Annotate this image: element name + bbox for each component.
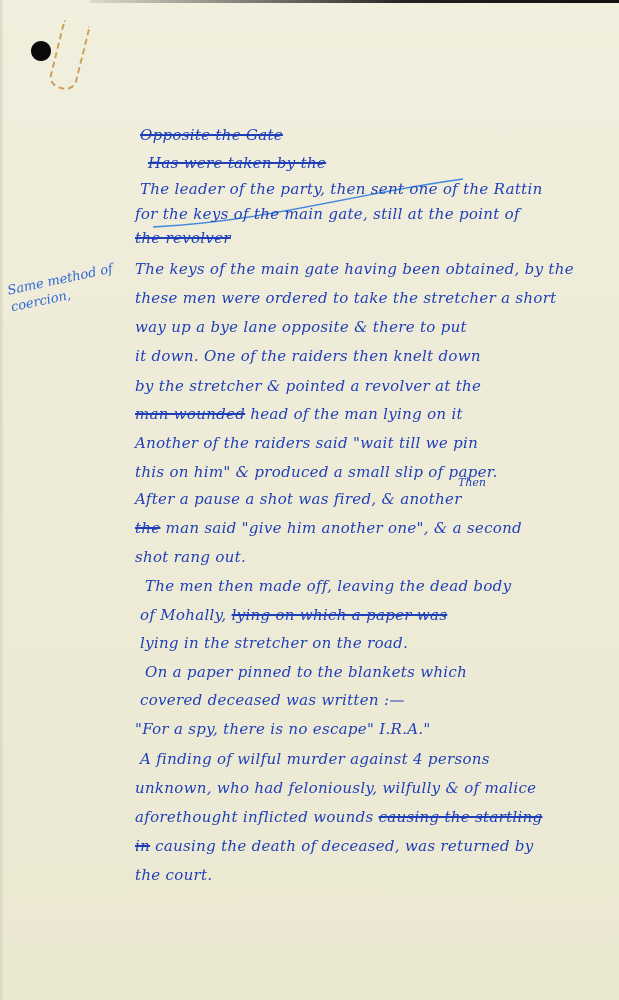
text-line: After a pause a shot was fired, & anothe… xyxy=(135,490,462,508)
text-line-with-deletion: in causing the death of deceased, was re… xyxy=(135,837,534,855)
text-line: A finding of wilful murder against 4 per… xyxy=(140,750,490,768)
text-line: The keys of the main gate having been ob… xyxy=(135,260,574,278)
line-text: causing the death of deceased, was retur… xyxy=(155,837,533,855)
line-text: head of the man lying on it xyxy=(250,405,463,423)
text-line: unknown, who had feloniously, wilfully &… xyxy=(135,779,536,797)
line-struck: the revolver xyxy=(135,229,231,247)
struck-words: man wounded xyxy=(135,405,245,423)
text-line: the court. xyxy=(135,866,212,884)
text-line: Another of the raiders said "wait till w… xyxy=(135,434,478,452)
text-line: way up a bye lane opposite & there to pu… xyxy=(135,318,467,336)
text-line: this on him" & produced a small slip of … xyxy=(135,463,498,481)
line-text: aforethought inflicted wounds xyxy=(135,808,373,826)
quoted-note-line: "For a spy, there is no escape" I.R.A." xyxy=(135,720,431,738)
text-line: On a paper pinned to the blankets which xyxy=(145,663,467,681)
page-top-edge-shadow xyxy=(90,0,619,3)
text-line: covered deceased was written :— xyxy=(140,691,405,709)
text-line: The men then made off, leaving the dead … xyxy=(145,577,511,595)
punch-hole xyxy=(31,41,51,61)
interlinear-insertion: Then xyxy=(458,476,486,489)
text-line-with-deletion: of Mohally, lying on which a paper was xyxy=(140,606,447,624)
margin-note: Same method of coercion, xyxy=(6,260,121,316)
text-line: for the keys of the main gate, still at … xyxy=(135,205,520,223)
line-struck-heading: Opposite the Gate xyxy=(140,126,283,144)
paperclip-rust-mark xyxy=(47,20,91,93)
text-line-with-deletion: aforethought inflicted wounds causing th… xyxy=(135,808,542,826)
struck-words: in xyxy=(135,837,150,855)
text-line: it down. One of the raiders then knelt d… xyxy=(135,347,481,365)
text-line: lying in the stretcher on the road. xyxy=(140,634,408,652)
text-line: The leader of the party, then sent one o… xyxy=(140,180,543,198)
struck-words: lying on which a paper was xyxy=(232,606,448,624)
line-struck: Has were taken by the xyxy=(148,154,326,172)
text-line-with-deletion: the man said "give him another one", & a… xyxy=(135,519,522,537)
line-text: of Mohally, xyxy=(140,606,227,624)
text-line: shot rang out. xyxy=(135,548,246,566)
line-text: man said "give him another one", & a sec… xyxy=(166,519,522,537)
text-line-with-deletion: man wounded head of the man lying on it xyxy=(135,405,463,423)
text-line: these men were ordered to take the stret… xyxy=(135,289,557,307)
text-line: by the stretcher & pointed a revolver at… xyxy=(135,377,481,395)
page-left-edge xyxy=(0,0,4,1000)
struck-words: the xyxy=(135,519,160,537)
struck-words: causing the startling xyxy=(379,808,543,826)
manuscript-page: Same method of coercion, Opposite the Ga… xyxy=(0,0,619,1000)
